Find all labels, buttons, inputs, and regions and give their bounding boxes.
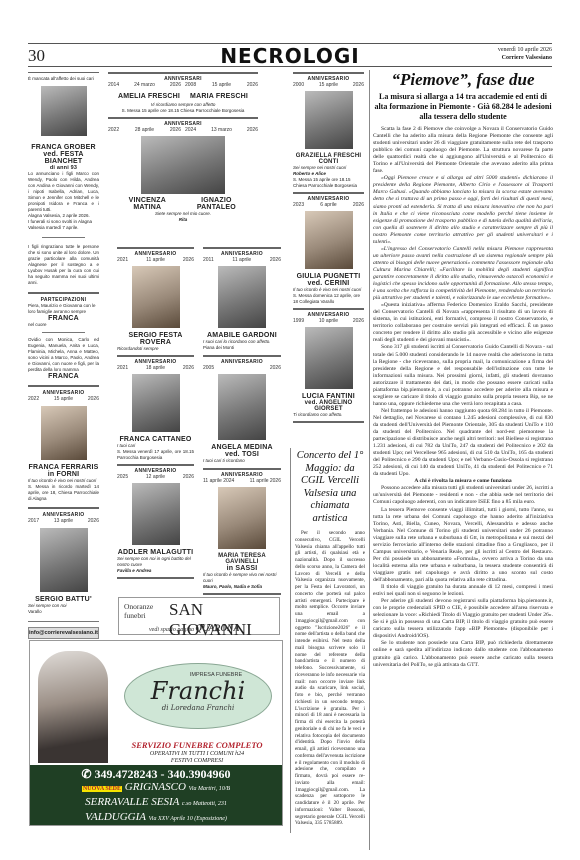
photo-franca-ferraris (41, 406, 87, 460)
article-piemove: “Piemove”, fase due La misura si allarga… (373, 70, 553, 669)
article-body: Per il secondo anno consecutivo, CGIL Ve… (295, 530, 365, 827)
deceased-name: ADDLER MALAGUTTI (117, 549, 194, 556)
anniversary-years: 202228 aprile2026 202413 marzo2026 (108, 127, 258, 133)
ad-phones[interactable]: ✆ 349.4728243 - 340.3904960 (30, 767, 282, 781)
partecipazioni-text: Piera, Maurizio e Giovanna con le loro f… (28, 303, 99, 315)
anniversary-years: 202512 aprile2026 (117, 474, 194, 480)
photo-giulia-pugnetti (305, 211, 353, 269)
ad-franchi-funeral[interactable]: IMPRESA FUNEBRE Franchi di Loredana Fran… (29, 640, 283, 826)
place: Piana dei Monti (203, 345, 281, 351)
deceased-name-b: MARIA FRESCHI (190, 93, 248, 100)
ad-operativi: OPERATIVI IN TUTTI I COMUNI h24 FESTIVI … (114, 751, 280, 765)
dateline: venerdì 10 aprile 2026 Corriere Valsesia… (498, 46, 552, 62)
paragraph: La tessera Piemove consente viaggi illim… (373, 507, 553, 585)
deceased-name: FRANCA GROBER (28, 144, 99, 151)
header-bottom-rule (28, 66, 552, 67)
article-body: Scatta la fase 2 di Piemove che coinvolg… (373, 126, 553, 669)
funeral-info: I funerali si sono svolti in Alagna Vals… (28, 219, 99, 231)
paragraph: Scatta la fase 2 di Piemove che coinvolg… (373, 126, 553, 175)
ad-line-funebri: funebri (124, 611, 153, 620)
ad-brand-san-giovanni: SAN GIOVANNI (169, 600, 279, 640)
thanks-text: I figli ringraziano tutte le persone che… (28, 244, 99, 286)
paragraph: «Questa iniziativa» afferma Federico Dom… (373, 302, 553, 344)
deceased-name: AMABILE GARDONI (203, 332, 281, 339)
issue-date: venerdì 10 aprile 2026 (498, 46, 552, 54)
partecipazioni-text-end: nel cuore (28, 322, 99, 328)
mass-info: S. Messa venerdì 17 aprile, ore 18.15 Pa… (117, 449, 194, 461)
memorial-quote: Sei sempre con noi in ogni battito del n… (117, 556, 194, 568)
place: Varallo (28, 609, 99, 615)
column-obituary-grober: È mancata all'affetto dei suoi cari FRAN… (28, 72, 99, 639)
deceased-name: SERGIO FESTA ROVERA (117, 332, 194, 346)
deceased-name: SERGIO BATTU' (28, 596, 99, 603)
deceased-married-name: ved. TOSI (203, 451, 281, 458)
photo-amabile-gardoni (218, 266, 266, 328)
deceased-name: FRANCA CATTANEO (117, 436, 194, 443)
article-concerto: Concerto del 1° Maggio: da CGIL Vercelli… (295, 450, 365, 827)
memorial-quote: Ti ricordiamo con affetto. (293, 412, 364, 418)
section-title: NECROLOGI (0, 44, 580, 68)
deceased-name-a: AMELIA FRESCHI (118, 93, 180, 100)
partecipazioni-text-2: Ovidio con Monica, Carlo ed Eugenia, Man… (28, 337, 99, 373)
ad-see-page: vedi spazio pagina QUARONA (149, 623, 240, 633)
paragraph: «Oggi Piemove cresce e si allarga ad alt… (373, 175, 553, 245)
paragraph: Per aderire gli studenti devono registra… (373, 598, 553, 640)
paragraph: Nel frattempo le adesioni hanno raggiunt… (373, 408, 553, 478)
column-divider (369, 70, 370, 850)
paragraph: «L'ingresso del Conservatorio Cantelli n… (373, 246, 553, 302)
article-subtitle: A chi è rivolta la misura e come funzion… (373, 478, 553, 485)
memorial-quote: Il tuo ricordo è sempre vivo nei nostri … (203, 572, 281, 584)
anniversary-column-4: ANNIVERSARIO 200015 aprile2026 GRAZIELLA… (293, 72, 364, 423)
memorial-quote: I tuoi cari ti ricordano (203, 458, 281, 464)
deceased-name: LUCIA FANTINI (293, 393, 364, 400)
paragraph: Se lo studente non possiede una Carta BI… (373, 640, 553, 668)
photo-lucia-fantini (305, 327, 353, 389)
photo-addler-malagutti (132, 483, 180, 545)
anniversary-years: 202118 aprile2026 (117, 365, 194, 371)
memorial-quote: Ricordandoti sempre (117, 346, 194, 352)
anniversary-freschi: ANNIVERSARI 201424 marzo2026 200815 apri… (108, 72, 258, 223)
paragraph: Il titolo di viaggio gratuito ha durata … (373, 584, 553, 598)
ad-sede-2: SERRAVALLE SESIA c.so Matteotti, 231 (30, 796, 282, 811)
anniversary-years: 201111 aprile2026 (203, 257, 281, 263)
anniversary-festa-rovera: ANNIVERSARIO 202111 aprile2026 SERGIO FE… (117, 247, 194, 579)
ad-san-giovanni[interactable]: Onoranze funebri SAN GIOVANNI vedi spazi… (118, 597, 280, 635)
ad-sede-3: VALDUGGIA Via XXV Aprile 10 (Esposizione… (30, 811, 282, 826)
ad-line-onoranze: Onoranze (124, 602, 153, 611)
phone-icon: ✆ (81, 767, 91, 781)
deceased-name: ANGELA MEDINA (203, 444, 281, 451)
logo-oval: IMPRESA FUNEBRE Franchi di Loredana Fran… (124, 663, 272, 729)
deceased-married-name: in FORNI (28, 471, 99, 478)
mass-info: S. Messa 15 aprile ore 18.15 Chiesa Parr… (108, 108, 258, 114)
ad-brand-franchi: Franchi (125, 678, 271, 704)
email-link[interactable]: info@corrierevalsesiano.it (28, 627, 99, 639)
anniversary-years: 199910 aprile2026 (293, 318, 364, 324)
intro-text: È mancata all'affetto dei suoi cari (28, 76, 99, 82)
deceased-married-name: ved. ANGELINO GIORSET (293, 400, 364, 412)
deceased-name: GRAZIELLA FRESCHI CONTI (293, 153, 364, 165)
signature: Rita (108, 217, 258, 223)
photo-angela-medina (218, 374, 266, 440)
photo-sergio-battu (40, 528, 88, 592)
article-title: Concerto del 1° Maggio: da CGIL Vercelli… (295, 450, 365, 525)
photo-maria-teresa-gavinelli (218, 487, 266, 549)
anniversary-years: 20052026 (203, 365, 281, 371)
partecipazioni-name: FRANCA (28, 315, 99, 322)
photo-loredana-franchi (38, 651, 108, 763)
announcement-text: Lo annunciano i figli Marco con Wendy, P… (28, 171, 99, 213)
mass-info: S. Messa 15 aprile ore 18.15 Chiesa Parr… (293, 177, 364, 189)
deceased-married-name: in SASSI (203, 565, 281, 572)
deceased-married-name: ved. CERINI (293, 280, 364, 287)
signature: Favilla e Andrea (117, 568, 194, 574)
deceased-name-b: IGNAZIO PANTALEO (181, 197, 252, 211)
signature: Mauro, Paolo, Nadia e Sofia (203, 584, 281, 590)
deceased-name: FRANCA FERRARIS (28, 464, 99, 471)
photo-franca-grober (41, 86, 87, 136)
column-divider (290, 448, 291, 833)
deceased-married-name: ved. FESTA BIANCHET (28, 151, 99, 165)
deceased-name: MARIA TERESA GAVINELLI (203, 553, 281, 565)
anniversary-years: 202215 aprile2026 (28, 396, 99, 402)
ad-contact-band: ✆ 349.4728243 - 340.3904960 NUOVA SEDE G… (30, 765, 282, 825)
ad-service: SERVIZIO FUNEBRE COMPLETO (114, 740, 280, 750)
anniversary-years: 202111 aprile2026 (117, 257, 194, 263)
ad-sede-1: NUOVA SEDE GRIGNASCO Via Martiri, 10/B (30, 781, 282, 796)
photo-sergio-festa-rovera (132, 266, 180, 328)
article-headline: “Piemove”, fase due (373, 70, 553, 90)
anniversary-years: 20236 aprile2026 (293, 202, 364, 208)
paragraph: Sono 317 gli studenti iscritti al Conser… (373, 344, 553, 407)
anniversary-years: 200015 aprile2026 (293, 82, 364, 88)
anniversary-gardoni: ANNIVERSARIO 201111 aprile2026 AMABILE G… (203, 247, 281, 595)
mass-info: S. Messa in ricordo martedì 14 aprile, o… (28, 484, 99, 502)
photo-matina-pantaleo (141, 136, 225, 194)
anniversary-years: 201713 aprile2026 (28, 518, 99, 524)
anniversary-years: 11 aprile 202411 aprile 2026 (203, 478, 281, 484)
photo-franca-cattaneo (132, 374, 180, 432)
new-location-badge: NUOVA SEDE (82, 786, 122, 792)
deceased-name-a: VINCENZA MATINA (114, 197, 181, 211)
article-subheadline: La misura si allarga a 14 tra accademie … (373, 92, 553, 122)
ad-owner: di Loredana Franchi (125, 704, 271, 712)
photo-graziella-freschi-conti (305, 91, 353, 149)
deceased-name: GIULIA PUGNETTI (293, 273, 364, 280)
publication-name: Corriere Valsesiano (498, 54, 552, 62)
anniversary-years: 201424 marzo2026 200815 aprile2026 (108, 82, 258, 88)
partecipazioni-name-2: FRANCA (28, 373, 99, 380)
paragraph: Possono accedere alla misura tutti gli s… (373, 485, 553, 506)
mass-info: S. Messa domenica 12 aprile, ore 18 Coll… (293, 293, 364, 305)
